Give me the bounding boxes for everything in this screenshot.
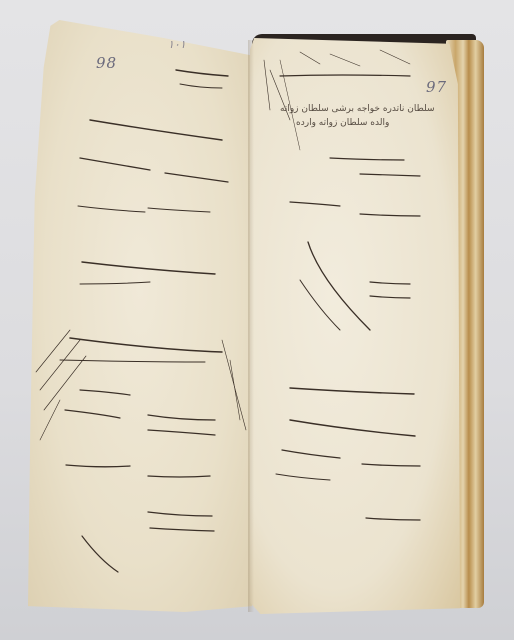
manuscript-photo: 98 ١٠١ 97 سلطان ناتدره خواجه برشی سلطان … — [0, 0, 514, 640]
ink-strokes — [0, 0, 514, 640]
